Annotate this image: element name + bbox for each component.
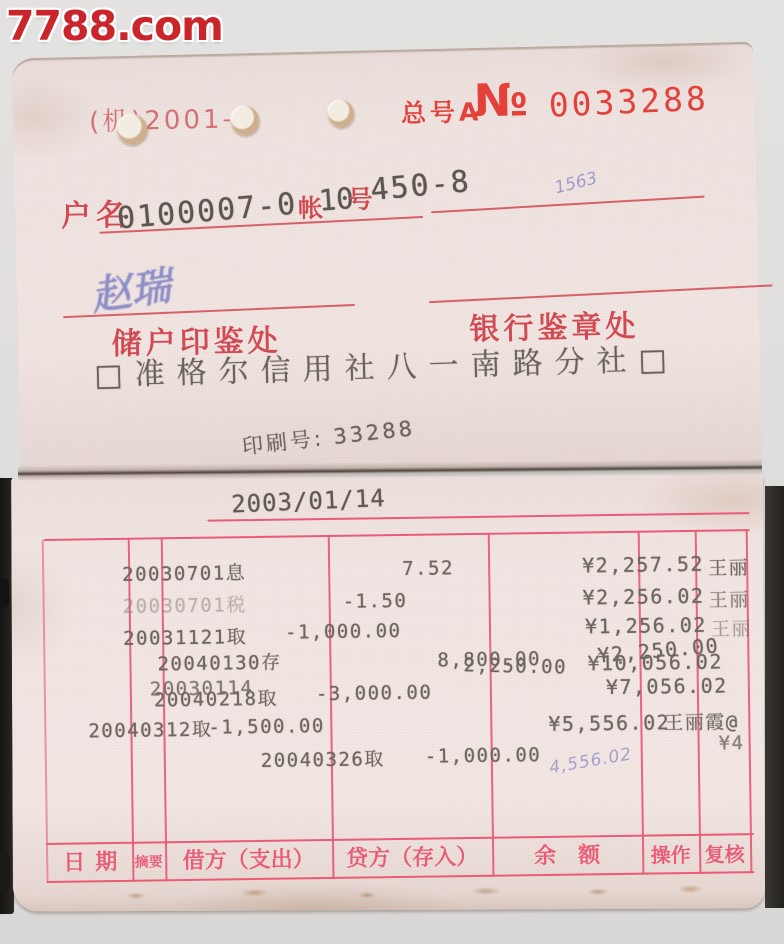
table-column-line — [42, 540, 49, 883]
table-column-line — [128, 539, 135, 882]
txn-debit: -3,000.00 — [316, 682, 433, 706]
txn-date: 20040130存 — [157, 648, 281, 677]
header-review: 复核 — [699, 838, 750, 871]
txn-balance: ¥2,257.52 — [582, 552, 704, 578]
header-debit: 借方（支出） — [165, 844, 332, 878]
table-column-line — [746, 530, 753, 873]
open-date: 2003/01/14 — [231, 484, 387, 518]
txn-debit: -1,000.00 — [425, 744, 542, 768]
txn-date: 20040312取 — [88, 715, 212, 744]
txn-date: 20031121取 — [123, 622, 247, 651]
txn-debit: -1,000.00 — [285, 620, 402, 644]
txn-balance: ¥1,256.02 — [585, 613, 707, 639]
txn-debit: -1,500.00 — [208, 715, 325, 739]
handwritten-balance: 4,556.02 — [548, 744, 634, 778]
header-balance: 余额 — [492, 840, 642, 874]
txn-date: 20040218取 — [154, 684, 278, 713]
txn-balance: ¥2,256.02 — [582, 584, 704, 610]
table-column-line — [328, 536, 335, 879]
table-column-line — [488, 534, 495, 877]
txn-balance: ¥7,056.02 — [606, 673, 728, 699]
txn-date: 20030701息 — [122, 558, 246, 587]
header-operator: 操作 — [642, 839, 699, 872]
scanned-passbook-photo: 7788.com (机)2001–1 总号A № 0033288 户名 0100… — [0, 0, 784, 944]
header-credit: 贷方（存入） — [332, 842, 492, 876]
table-column-line — [638, 532, 645, 875]
site-watermark: 7788.com — [6, 2, 223, 50]
table-column-line — [695, 531, 702, 874]
txn-debit: -1.50 — [342, 590, 407, 613]
table-top-line — [44, 529, 750, 541]
txn-balance: ¥5,556.02 — [548, 710, 670, 736]
clipped-balance-print: ¥4 — [718, 732, 744, 754]
txn-operator: 王丽 — [708, 553, 749, 581]
txn-credit: 7.52 — [402, 557, 454, 580]
overprint-credit: 2,250.00 — [463, 654, 567, 678]
txn-date: 20030701税 — [122, 590, 246, 619]
header-memo: 摘要 — [132, 846, 165, 878]
txn-operator: 王丽 — [708, 585, 749, 613]
txn-date: 20040326取 — [261, 744, 385, 773]
transaction-ledger: 2003/01/14 日期 摘要 借方（支出） 贷方（存入） 余额 操作 复核 … — [0, 0, 784, 944]
header-date: 日期 — [48, 847, 132, 880]
txn-operator: 王丽霞@ — [664, 707, 739, 735]
